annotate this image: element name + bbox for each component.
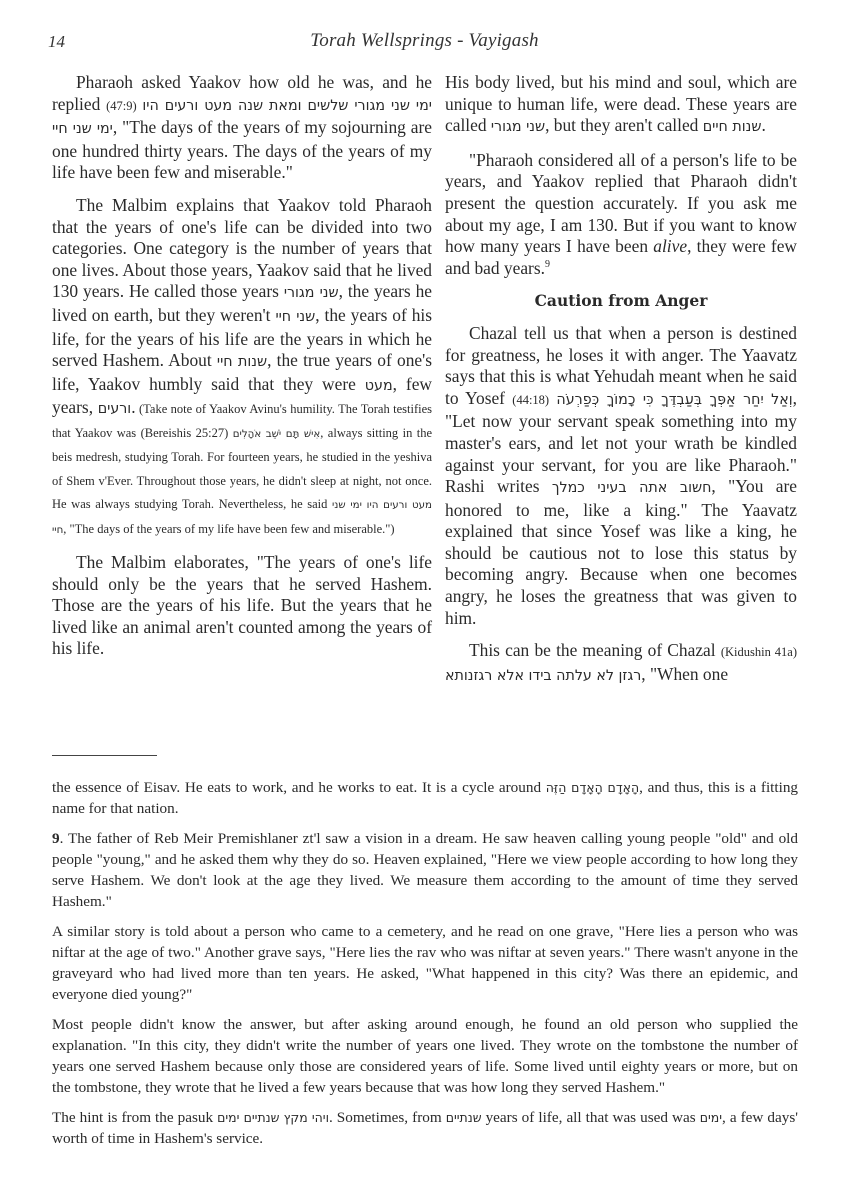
hebrew-quote: אִישׁ תָּם יֹשֵׁב אֹהָלִים	[233, 428, 321, 440]
paragraph: This can be the meaning of Chazal (Kidus…	[445, 640, 797, 687]
right-column: His body lived, but his mind and soul, w…	[445, 72, 797, 698]
hebrew-quote: חשוב אתה בעיני כמלך	[552, 480, 712, 496]
hebrew-term: ורעים	[98, 401, 132, 417]
citation: (Kidushin 41a)	[721, 645, 797, 659]
section-heading: Caution from Anger	[445, 290, 797, 312]
footnote-paragraph: A similar story is told about a person w…	[52, 921, 798, 1005]
running-title: Torah Wellsprings - Vayigash	[48, 30, 801, 52]
hebrew-quote: הָאָדָם הָאָדָם הַזֶּה	[546, 780, 639, 795]
left-column: Pharaoh asked Yaakov how old he was, and…	[52, 72, 432, 671]
hebrew-term: שני מגורי	[284, 285, 339, 301]
paragraph: His body lived, but his mind and soul, w…	[445, 72, 797, 139]
hebrew-term: מעט	[365, 378, 393, 394]
citation: (47:9)	[106, 99, 137, 113]
hebrew-quote: ויהי מקץ שנתיים ימים	[217, 1110, 329, 1125]
paragraph: "Pharaoh considered all of a person's li…	[445, 150, 797, 280]
hebrew-term: שנות חיי	[217, 354, 267, 370]
parenthetical-note: (Take note of Yaakov Avinu's humility. T…	[52, 402, 432, 535]
hebrew-term: שני מגורי	[491, 119, 545, 135]
footnote-paragraph: The hint is from the pasuk ויהי מקץ שנתי…	[52, 1107, 798, 1149]
paragraph: The Malbim elaborates, "The years of one…	[52, 552, 432, 660]
hebrew-term: ימים	[700, 1110, 722, 1125]
hebrew-term: שנתיים	[446, 1110, 482, 1125]
footnote-9: 9. The father of Reb Meir Premishlaner z…	[52, 828, 798, 912]
hebrew-term: שנות חיים	[703, 119, 762, 135]
hebrew-term: שני חיי	[275, 309, 315, 325]
page-header: 14 Torah Wellsprings - Vayigash	[48, 30, 801, 58]
footnote-divider	[52, 755, 157, 756]
paragraph: Chazal tell us that when a person is des…	[445, 323, 797, 629]
hebrew-quote: רגזן לא עלתה בידו אלא רגזנותא	[445, 668, 641, 684]
citation: (44:18)	[512, 393, 549, 407]
footnote-paragraph: Most people didn't know the answer, but …	[52, 1014, 798, 1098]
paragraph: Pharaoh asked Yaakov how old he was, and…	[52, 72, 432, 184]
hebrew-quote: וְאַל יִחַר אַפְּךָ בְּעַבְדֶּךָ כִּי כָ…	[556, 392, 792, 408]
footnote-number: 9	[52, 830, 60, 847]
footnotes: the essence of Eisav. He eats to work, a…	[52, 777, 798, 1158]
footnote-continuation: the essence of Eisav. He eats to work, a…	[52, 777, 798, 819]
paragraph: The Malbim explains that Yaakov told Pha…	[52, 195, 432, 541]
footnote-ref[interactable]: 9	[545, 259, 550, 270]
